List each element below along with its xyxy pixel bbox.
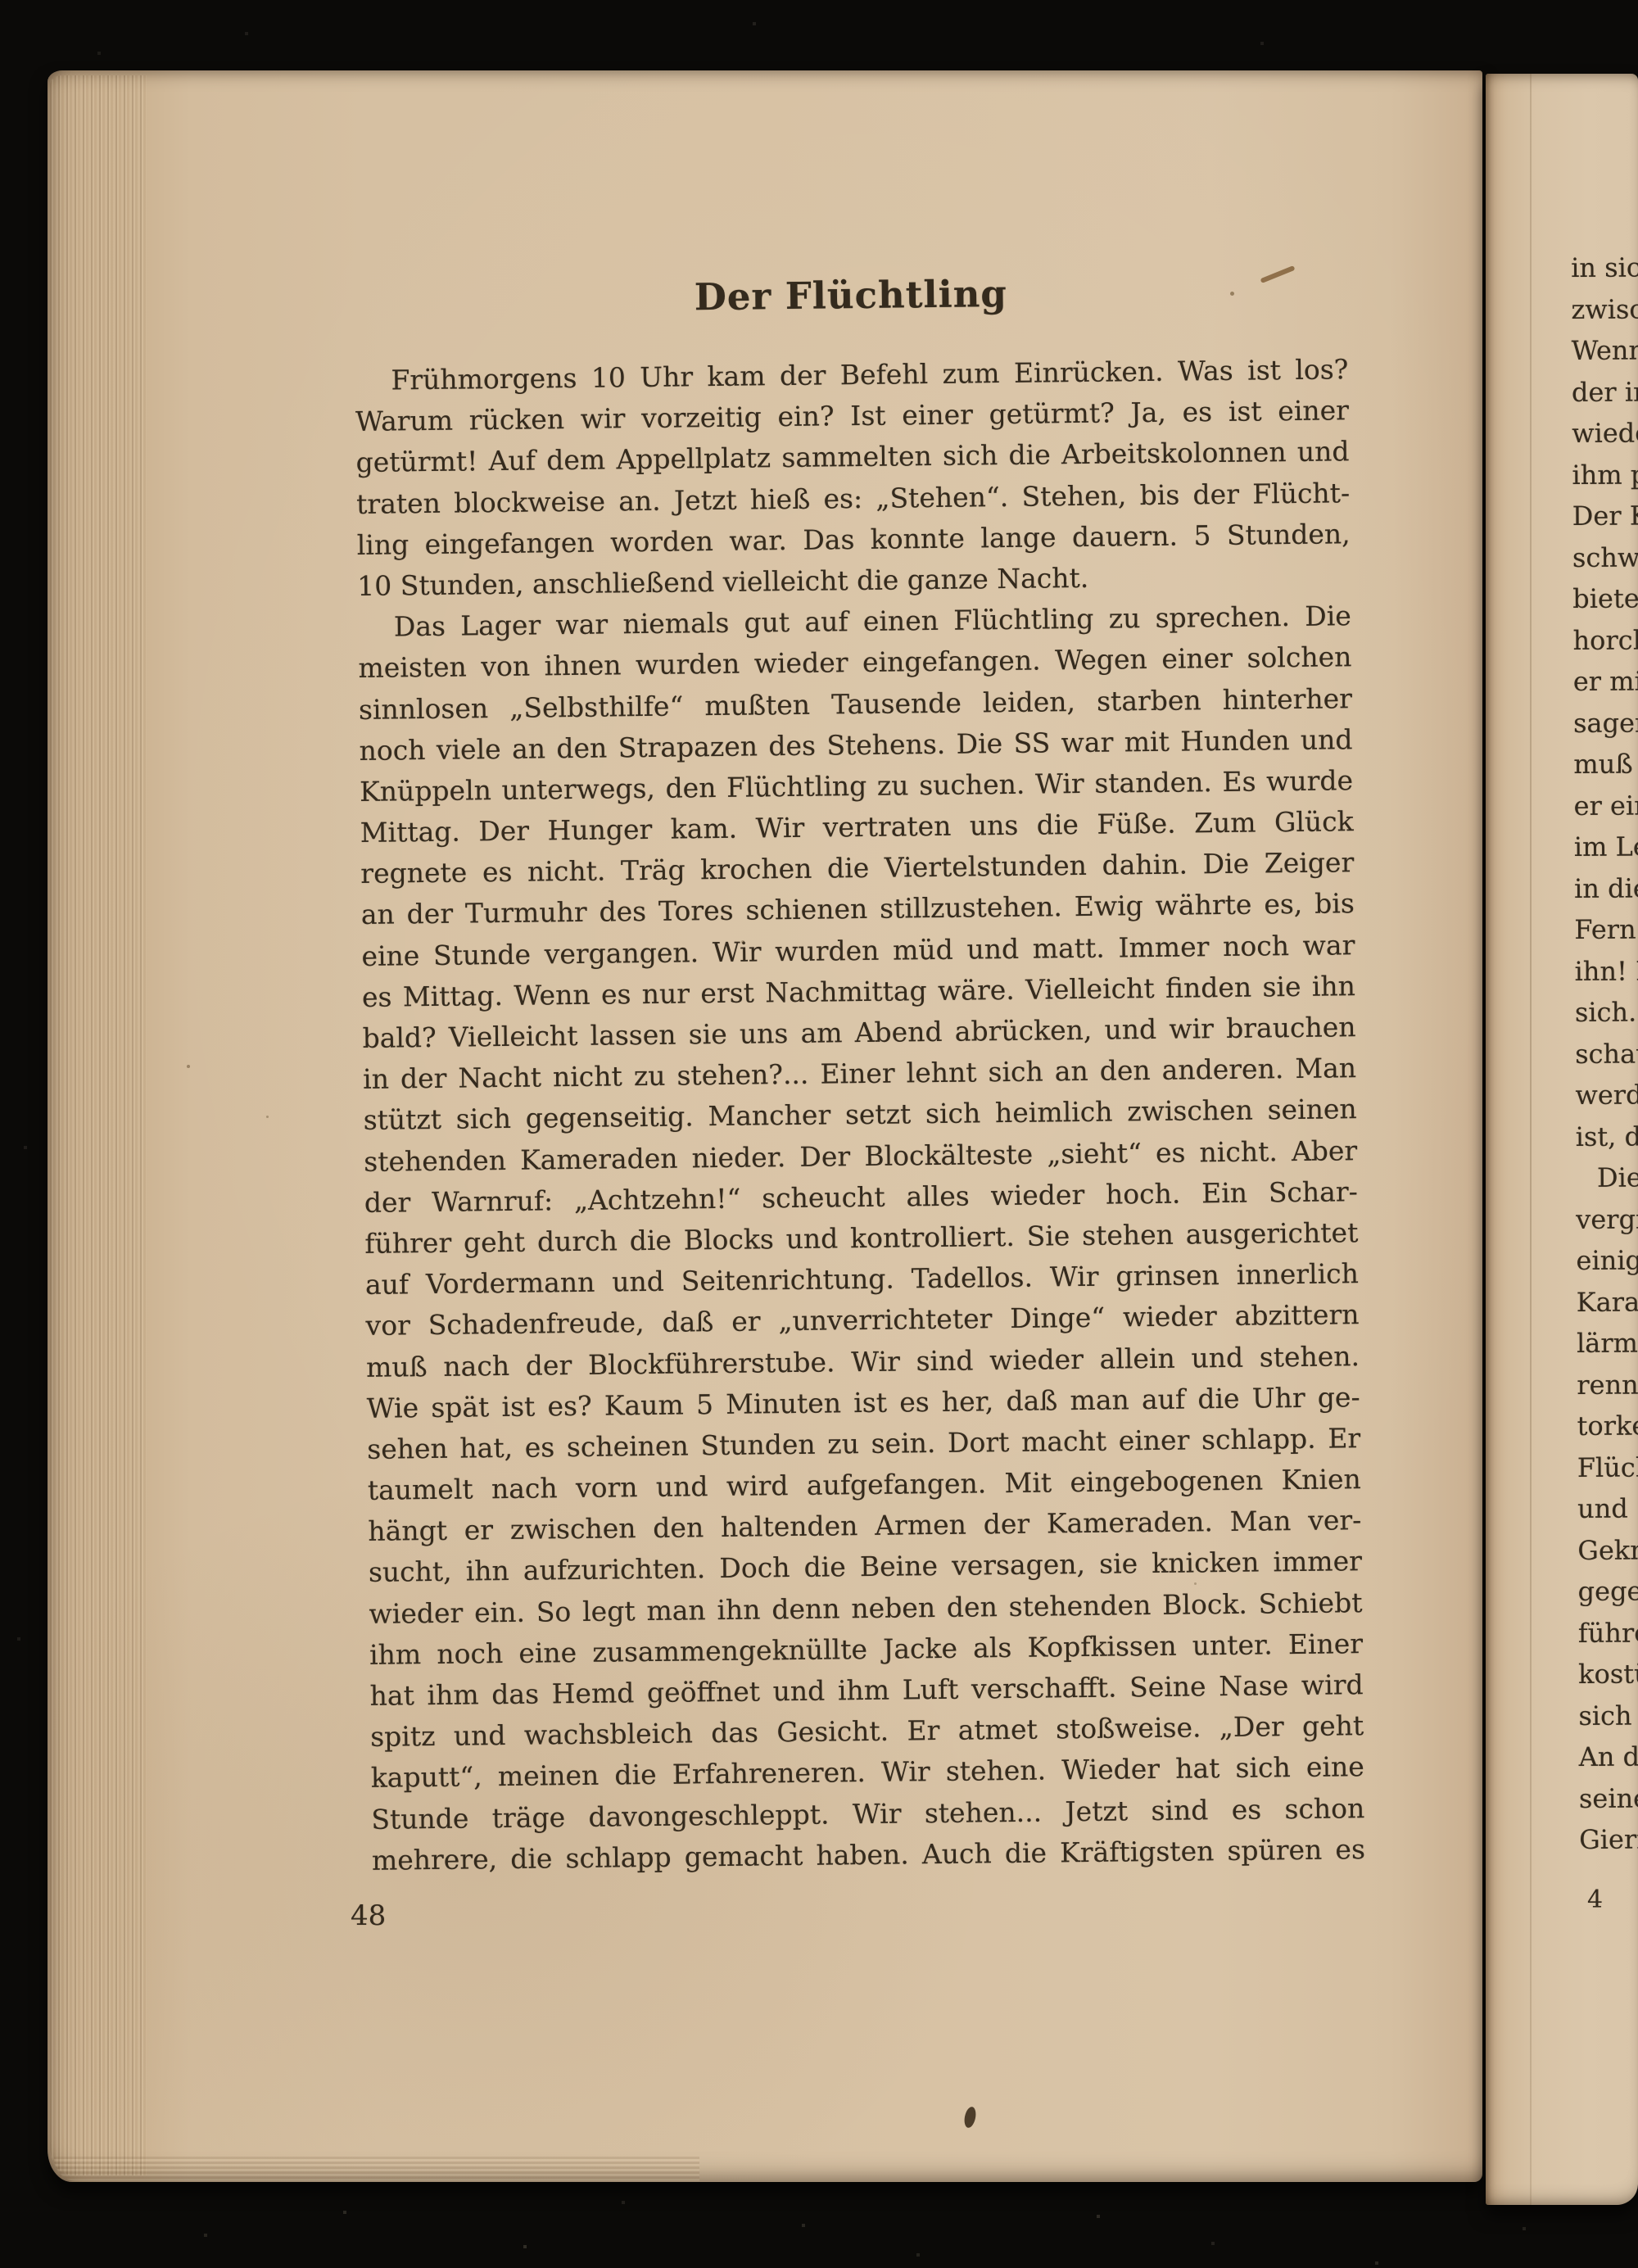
right-text-line-7: Der K <box>1572 494 1638 536</box>
pen-dot <box>1230 292 1234 296</box>
right-text-line-21: werde <box>1575 1073 1638 1116</box>
page-number: 48 <box>351 1895 386 1936</box>
book-page-left: Der Flüchtling Frühmorgens 10 Uhr kam de… <box>48 70 1482 2182</box>
right-text-line-9: bietet <box>1572 577 1638 619</box>
right-text-line-33: gegen <box>1577 1569 1638 1612</box>
right-text-line-5: wieder <box>1572 411 1638 454</box>
paper-speck <box>187 1065 190 1068</box>
right-text-line-38: seine <box>1579 1777 1638 1819</box>
right-text-line-30: Flüch <box>1577 1446 1638 1488</box>
right-text-line-37: An de <box>1579 1735 1638 1777</box>
adjacent-page-text-fragments: in sichzwischWennder inwiederihm prDer K… <box>1571 246 1638 1860</box>
right-text-line-10: horche <box>1572 618 1638 661</box>
page-text-block: Der Flüchtling Frühmorgens 10 Uhr kam de… <box>354 264 1365 1881</box>
right-text-line-12: sagen, <box>1573 701 1638 744</box>
right-text-line-15: im Lei <box>1574 825 1638 867</box>
page-fore-edge-stripes <box>50 75 147 2175</box>
paper-speck <box>741 940 744 944</box>
paper-speck <box>266 1116 269 1118</box>
right-text-line-14: er ein <box>1573 784 1638 826</box>
right-text-line-39: Gieri <box>1579 1818 1638 1860</box>
signature-mark: 4 <box>1587 1882 1603 1918</box>
right-text-line-1: in sich <box>1571 246 1638 288</box>
right-text-line-22: ist, da <box>1576 1115 1638 1157</box>
right-text-line-19: sich. S <box>1575 990 1638 1033</box>
right-text-line-17: Fern <box>1574 908 1638 950</box>
right-text-line-26: Karab <box>1577 1280 1638 1323</box>
page-crease-line <box>1530 74 1532 2205</box>
right-text-line-20: schau <box>1575 1032 1638 1075</box>
right-text-line-11: er mit <box>1573 659 1638 702</box>
right-text-line-32: Gekn <box>1577 1528 1638 1571</box>
page-bottom-edge-stack <box>54 2157 699 2181</box>
right-text-line-13: muß h <box>1573 742 1638 785</box>
right-text-line-25: einige <box>1576 1238 1638 1281</box>
right-text-line-24: vergif <box>1576 1197 1638 1240</box>
page-title: Der Flüchtling <box>354 264 1348 328</box>
right-text-line-3: Wenn <box>1572 328 1638 371</box>
right-text-line-28: rennt <box>1577 1363 1638 1406</box>
right-text-line-27: lärmt <box>1577 1321 1638 1364</box>
page-body-text: Frühmorgens 10 Uhr kam der Befehl zum Ei… <box>355 349 1365 1881</box>
right-text-line-23: Die <box>1576 1156 1638 1198</box>
right-text-line-35: kostü <box>1578 1652 1638 1695</box>
right-text-line-29: torkel <box>1577 1404 1638 1446</box>
right-text-line-16: in die <box>1574 867 1638 909</box>
right-text-line-18: ihn! I <box>1574 949 1638 992</box>
book-page-right-sliver: in sichzwischWennder inwiederihm prDer K… <box>1486 74 1638 2205</box>
right-text-line-4: der in <box>1572 370 1638 413</box>
scanner-dust-speckles <box>0 0 2 2</box>
right-text-line-31: und S <box>1577 1487 1638 1529</box>
right-text-line-8: schwac <box>1572 536 1638 578</box>
right-text-line-6: ihm pr <box>1572 453 1638 496</box>
right-text-line-2: zwisch <box>1571 287 1638 330</box>
right-text-line-36: sich d <box>1578 1694 1638 1736</box>
paper-speck <box>1194 1582 1197 1585</box>
right-text-line-34: führe <box>1578 1611 1638 1654</box>
